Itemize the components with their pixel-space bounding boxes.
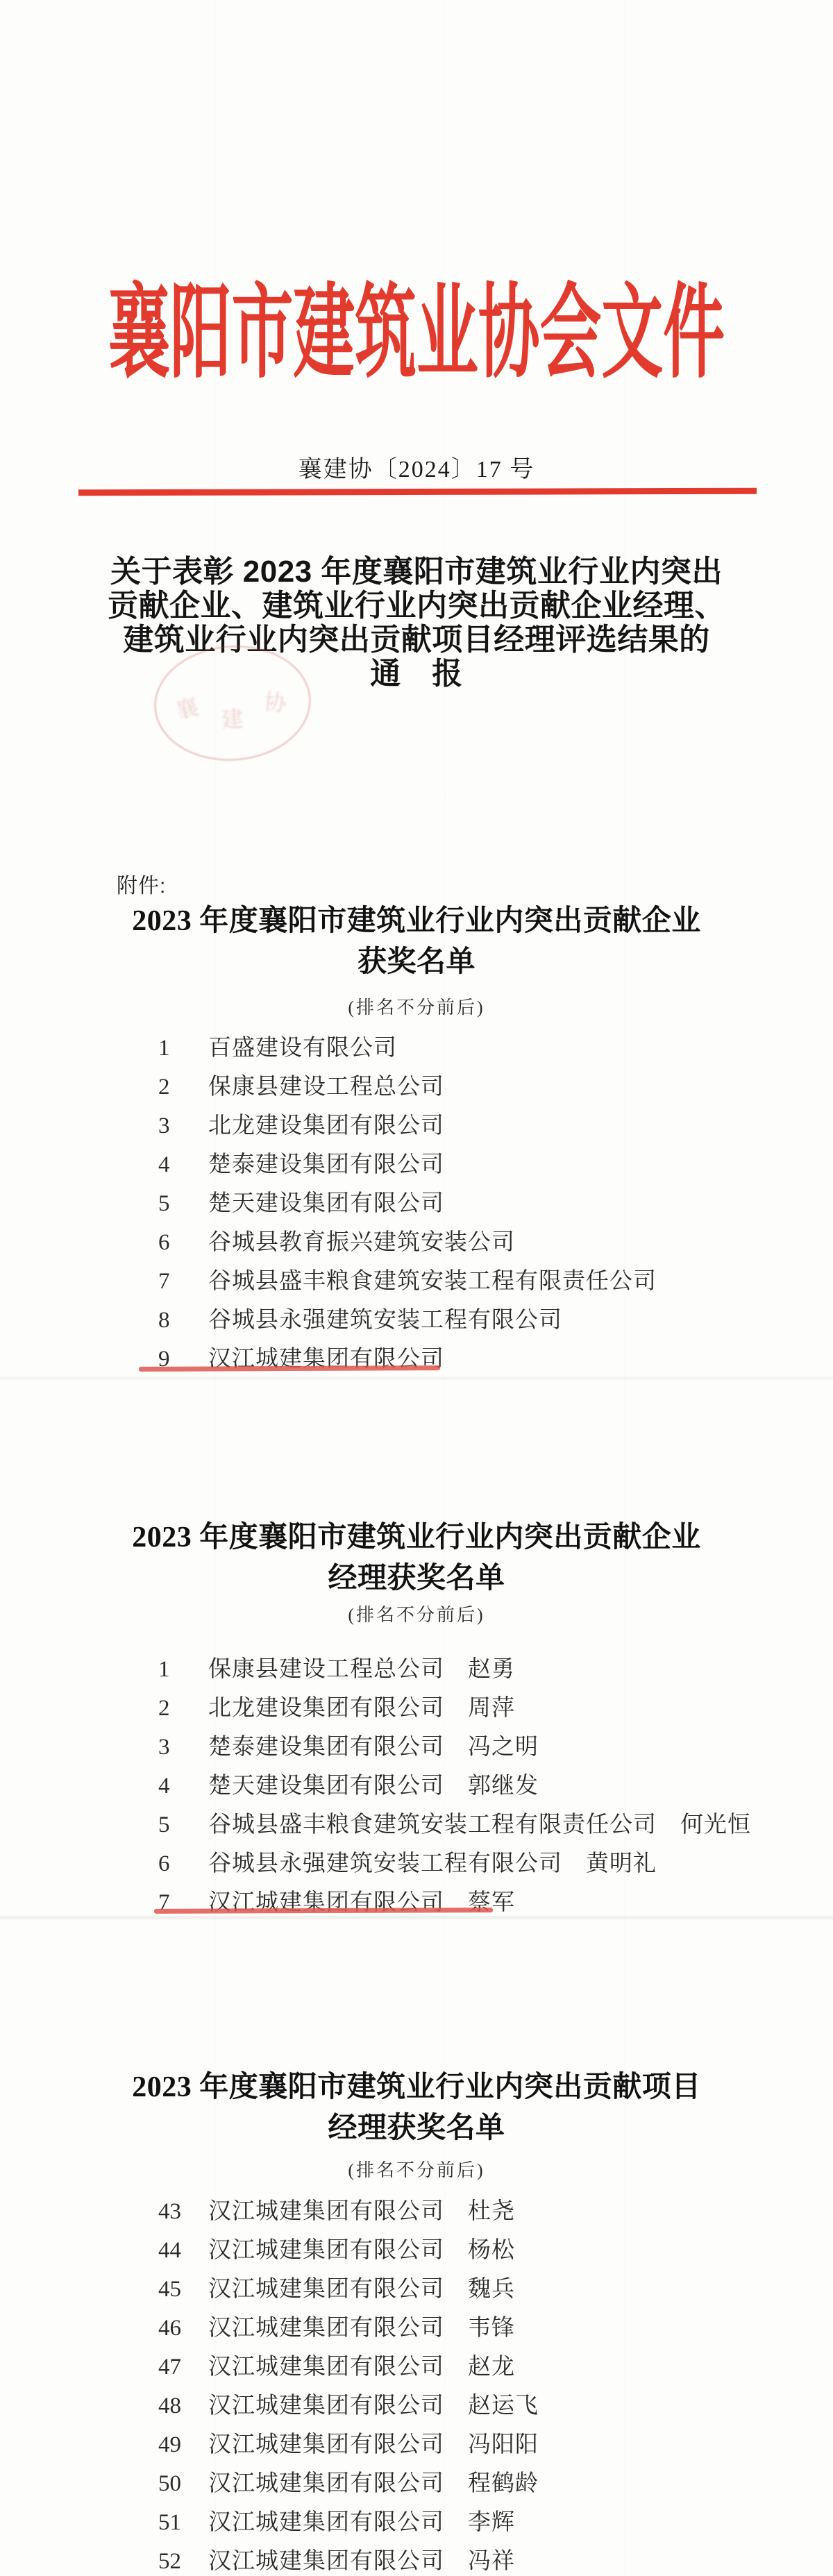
document-scan: { "document": { "letterhead": "襄阳市建筑业协会文… [0,0,833,2576]
rank-number: 6 [158,1230,208,1256]
company-name: 谷城县盛丰粮食建筑安装工程有限责任公司 [208,1812,657,1837]
letterhead-title: 襄阳市建筑业协会文件 [108,283,725,385]
section-1-subtitle: (排名不分前后) [0,993,833,1019]
rank-number: 7 [158,1269,208,1295]
rank-number: 45 [158,2277,208,2303]
seal-character: 建 [220,701,244,734]
section-2-heading: 2023 年度襄阳市建筑业行业内突出贡献企业 经理获奖名单 [0,1517,833,1599]
list-item: 3北龙建设集团有限公司 [0,1107,833,1146]
company-name: 汉江城建集团有限公司 [208,2199,444,2224]
rank-number: 1 [158,1036,208,1061]
company-name: 汉江城建集团有限公司 [208,2471,444,2496]
company-name: 楚天建设集团有限公司 [208,1191,444,1216]
person-name: 冯之明 [468,1735,539,1760]
section-heading-line: 2023 年度襄阳市建筑业行业内突出贡献项目 [0,2067,833,2108]
person-name: 李辉 [468,2510,515,2535]
company-name: 楚泰建设集团有限公司 [208,1152,444,1177]
list-item: 43汉江城建集团有限公司杜尧 [0,2193,833,2232]
person-name: 程鹤龄 [468,2471,539,2496]
person-name: 杨松 [468,2238,515,2263]
list-item: 6谷城县教育振兴建筑安装公司 [0,1224,833,1263]
person-name: 冯阳阳 [468,2432,539,2457]
company-name: 汉江城建集团有限公司 [208,2549,444,2574]
document-title: 关于表彰 2023 年度襄阳市建筑业行业内突出 贡献企业、建筑业行业内突出贡献企… [0,555,833,691]
letterhead-divider-rule [78,488,757,496]
section-heading-line: 2023 年度襄阳市建筑业行业内突出贡献企业 [0,901,833,942]
section-heading-line: 经理获奖名单 [0,1558,833,1599]
document-title-line: 通 报 [0,657,833,691]
company-name: 保康县建设工程总公司 [208,1657,444,1682]
rank-number: 51 [158,2510,208,2536]
section-3-subtitle: (排名不分前后) [0,2156,833,2182]
company-name: 汉江城建集团有限公司 [208,2316,444,2341]
document-title-line: 关于表彰 2023 年度襄阳市建筑业行业内突出 [0,555,833,589]
section-heading-line: 2023 年度襄阳市建筑业行业内突出贡献企业 [0,1517,833,1558]
section-heading-line: 经理获奖名单 [0,2108,833,2149]
company-name: 保康县建设工程总公司 [208,1075,444,1100]
list-item: 4楚天建设集团有限公司郭继发 [0,1767,833,1806]
company-name: 楚泰建设集团有限公司 [208,1735,444,1760]
section-2-winner-list: 1保康县建设工程总公司赵勇2北龙建设集团有限公司周萍3楚泰建设集团有限公司冯之明… [0,1651,833,1923]
rank-number: 4 [158,1774,208,1799]
company-name: 楚天建设集团有限公司 [208,1774,444,1799]
rank-number: 6 [158,1851,208,1877]
rank-number: 2 [158,1696,208,1721]
rank-number: 43 [158,2199,208,2225]
rank-number: 1 [158,1657,208,1683]
rank-number: 49 [158,2432,208,2458]
company-name: 汉江城建集团有限公司 [208,2510,444,2535]
section-1-winner-list: 1百盛建设有限公司2保康县建设工程总公司3北龙建设集团有限公司4楚泰建设集团有限… [0,1029,833,1379]
rank-number: 3 [158,1735,208,1760]
list-item: 4楚泰建设集团有限公司 [0,1146,833,1185]
rank-number: 5 [158,1191,208,1217]
section-3-heading: 2023 年度襄阳市建筑业行业内突出贡献项目 经理获奖名单 [0,2067,833,2149]
rank-number: 3 [158,1113,208,1139]
company-name: 谷城县教育振兴建筑安装公司 [208,1230,515,1255]
list-item: 6谷城县永强建筑安装工程有限公司黄明礼 [0,1845,833,1884]
rank-number: 50 [158,2471,208,2497]
rank-number: 44 [158,2238,208,2264]
company-name: 汉江城建集团有限公司 [208,2355,444,2380]
list-item: 45汉江城建集团有限公司魏兵 [0,2271,833,2309]
list-item: 52汉江城建集团有限公司冯祥 [0,2543,833,2576]
list-item: 44汉江城建集团有限公司杨松 [0,2232,833,2271]
rank-number: 48 [158,2393,208,2419]
attachment-label: 附件: [117,868,166,899]
list-item: 47汉江城建集团有限公司赵龙 [0,2348,833,2387]
company-name: 汉江城建集团有限公司 [208,2277,444,2302]
rank-number: 2 [158,1075,208,1100]
list-item: 7谷城县盛丰粮食建筑安装工程有限责任公司 [0,1263,833,1302]
section-heading-line: 获奖名单 [0,942,833,983]
company-name: 谷城县永强建筑安装工程有限公司 [208,1308,562,1333]
list-item: 48汉江城建集团有限公司赵运飞 [0,2387,833,2426]
list-item: 5谷城县盛丰粮食建筑安装工程有限责任公司何光恒 [0,1806,833,1845]
person-name: 何光恒 [680,1812,751,1837]
section-3-winner-list: 43汉江城建集团有限公司杜尧44汉江城建集团有限公司杨松45汉江城建集团有限公司… [0,2193,833,2576]
list-item: 3楚泰建设集团有限公司冯之明 [0,1728,833,1767]
list-item: 2北龙建设集团有限公司周萍 [0,1690,833,1728]
company-name: 北龙建设集团有限公司 [208,1113,444,1138]
section-1-heading: 2023 年度襄阳市建筑业行业内突出贡献企业 获奖名单 [0,901,833,983]
person-name: 周萍 [468,1696,515,1721]
letterhead-banner: 襄阳市建筑业协会文件 [0,275,833,393]
rank-number: 8 [158,1308,208,1333]
rank-number: 52 [158,2549,208,2575]
person-name: 黄明礼 [586,1851,657,1876]
document-title-line: 贡献企业、建筑业行业内突出贡献企业经理、 [0,589,833,623]
list-item: 5楚天建设集团有限公司 [0,1185,833,1224]
list-item: 51汉江城建集团有限公司李辉 [0,2504,833,2543]
person-name: 郭继发 [468,1774,539,1799]
rank-number: 4 [158,1152,208,1178]
person-name: 冯祥 [468,2549,515,2574]
list-item: 46汉江城建集团有限公司韦锋 [0,2309,833,2348]
list-item: 8谷城县永强建筑安装工程有限公司 [0,1302,833,1340]
person-name: 赵运飞 [468,2393,539,2418]
list-item: 1百盛建设有限公司 [0,1029,833,1068]
person-name: 魏兵 [468,2277,515,2302]
company-name: 汉江城建集团有限公司 [208,2432,444,2457]
company-name: 汉江城建集团有限公司 [208,2393,444,2418]
list-item: 9汉江城建集团有限公司 [0,1340,833,1379]
person-name: 赵龙 [468,2355,515,2380]
company-name: 谷城县永强建筑安装工程有限公司 [208,1851,562,1876]
list-item: 7汉江城建集团有限公司蔡军 [0,1884,833,1923]
company-name: 百盛建设有限公司 [208,1036,397,1061]
document-title-line: 建筑业行业内突出贡献项目经理评选结果的 [0,623,833,657]
section-2-subtitle: (排名不分前后) [0,1601,833,1626]
rank-number: 47 [158,2355,208,2380]
document-number: 襄建协〔2024〕17 号 [0,450,833,484]
rank-number: 46 [158,2316,208,2341]
seal-character: 襄 [172,689,201,725]
seal-character: 协 [263,684,289,718]
person-name: 杜尧 [468,2199,515,2224]
list-item: 2保康县建设工程总公司 [0,1068,833,1107]
list-item: 1保康县建设工程总公司赵勇 [0,1651,833,1690]
person-name: 韦锋 [468,2316,515,2341]
rank-number: 5 [158,1812,208,1838]
company-name: 北龙建设集团有限公司 [208,1696,444,1721]
list-item: 50汉江城建集团有限公司程鹤龄 [0,2465,833,2504]
company-name: 汉江城建集团有限公司 [208,2238,444,2263]
list-item: 49汉江城建集团有限公司冯阳阳 [0,2426,833,2465]
person-name: 赵勇 [468,1657,515,1682]
company-name: 谷城县盛丰粮食建筑安装工程有限责任公司 [208,1269,657,1294]
